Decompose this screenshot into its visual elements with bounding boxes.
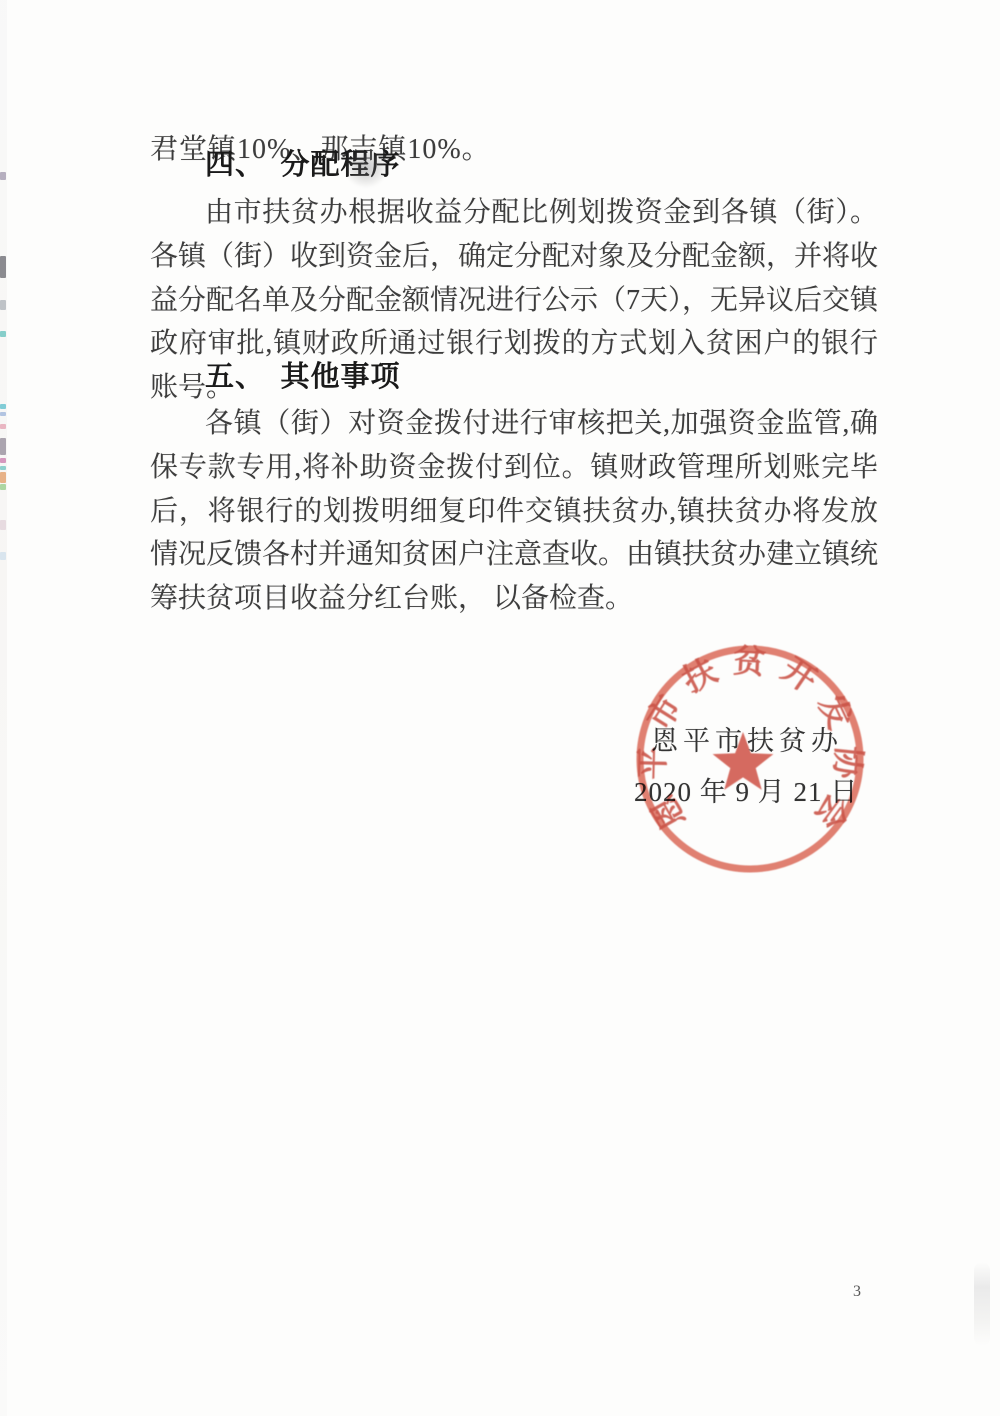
scan-artifact bbox=[0, 256, 6, 278]
scan-artifact bbox=[974, 1262, 990, 1346]
scan-smudge bbox=[344, 148, 388, 188]
scan-artifact bbox=[0, 331, 6, 337]
scan-artifact bbox=[0, 412, 6, 416]
scan-artifact bbox=[0, 424, 6, 429]
scan-artifact-strip bbox=[0, 0, 7, 1416]
scan-artifact bbox=[0, 404, 6, 409]
scan-artifact bbox=[0, 466, 6, 470]
section-heading-5: 五、 其他事项 bbox=[205, 359, 401, 395]
scan-artifact bbox=[0, 458, 6, 463]
scan-artifact bbox=[0, 472, 6, 483]
scanned-document-page: 君堂镇10%、那吉镇10%。 四、 分配程序 由市扶贫办根据收益分配比例划拨资金… bbox=[0, 0, 1000, 1416]
scan-artifact bbox=[0, 552, 6, 560]
scan-artifact bbox=[0, 300, 6, 310]
scan-artifact bbox=[0, 484, 6, 490]
page-number: 3 bbox=[853, 1283, 861, 1301]
official-red-seal: 恩平市扶贫开发协会 bbox=[610, 619, 890, 899]
scan-artifact bbox=[0, 438, 6, 455]
scan-artifact bbox=[0, 520, 6, 530]
scan-artifact bbox=[0, 172, 6, 180]
section-5-paragraph: 各镇（街）对资金拨付进行审核把关,加强资金监管,确保专款专用,将补助资金拨付到位… bbox=[150, 402, 878, 621]
seal-graphic: 恩平市扶贫开发协会 bbox=[610, 619, 890, 899]
seal-star-icon bbox=[713, 732, 774, 790]
seal-arc-text: 恩平市扶贫开发协会 bbox=[634, 643, 866, 846]
